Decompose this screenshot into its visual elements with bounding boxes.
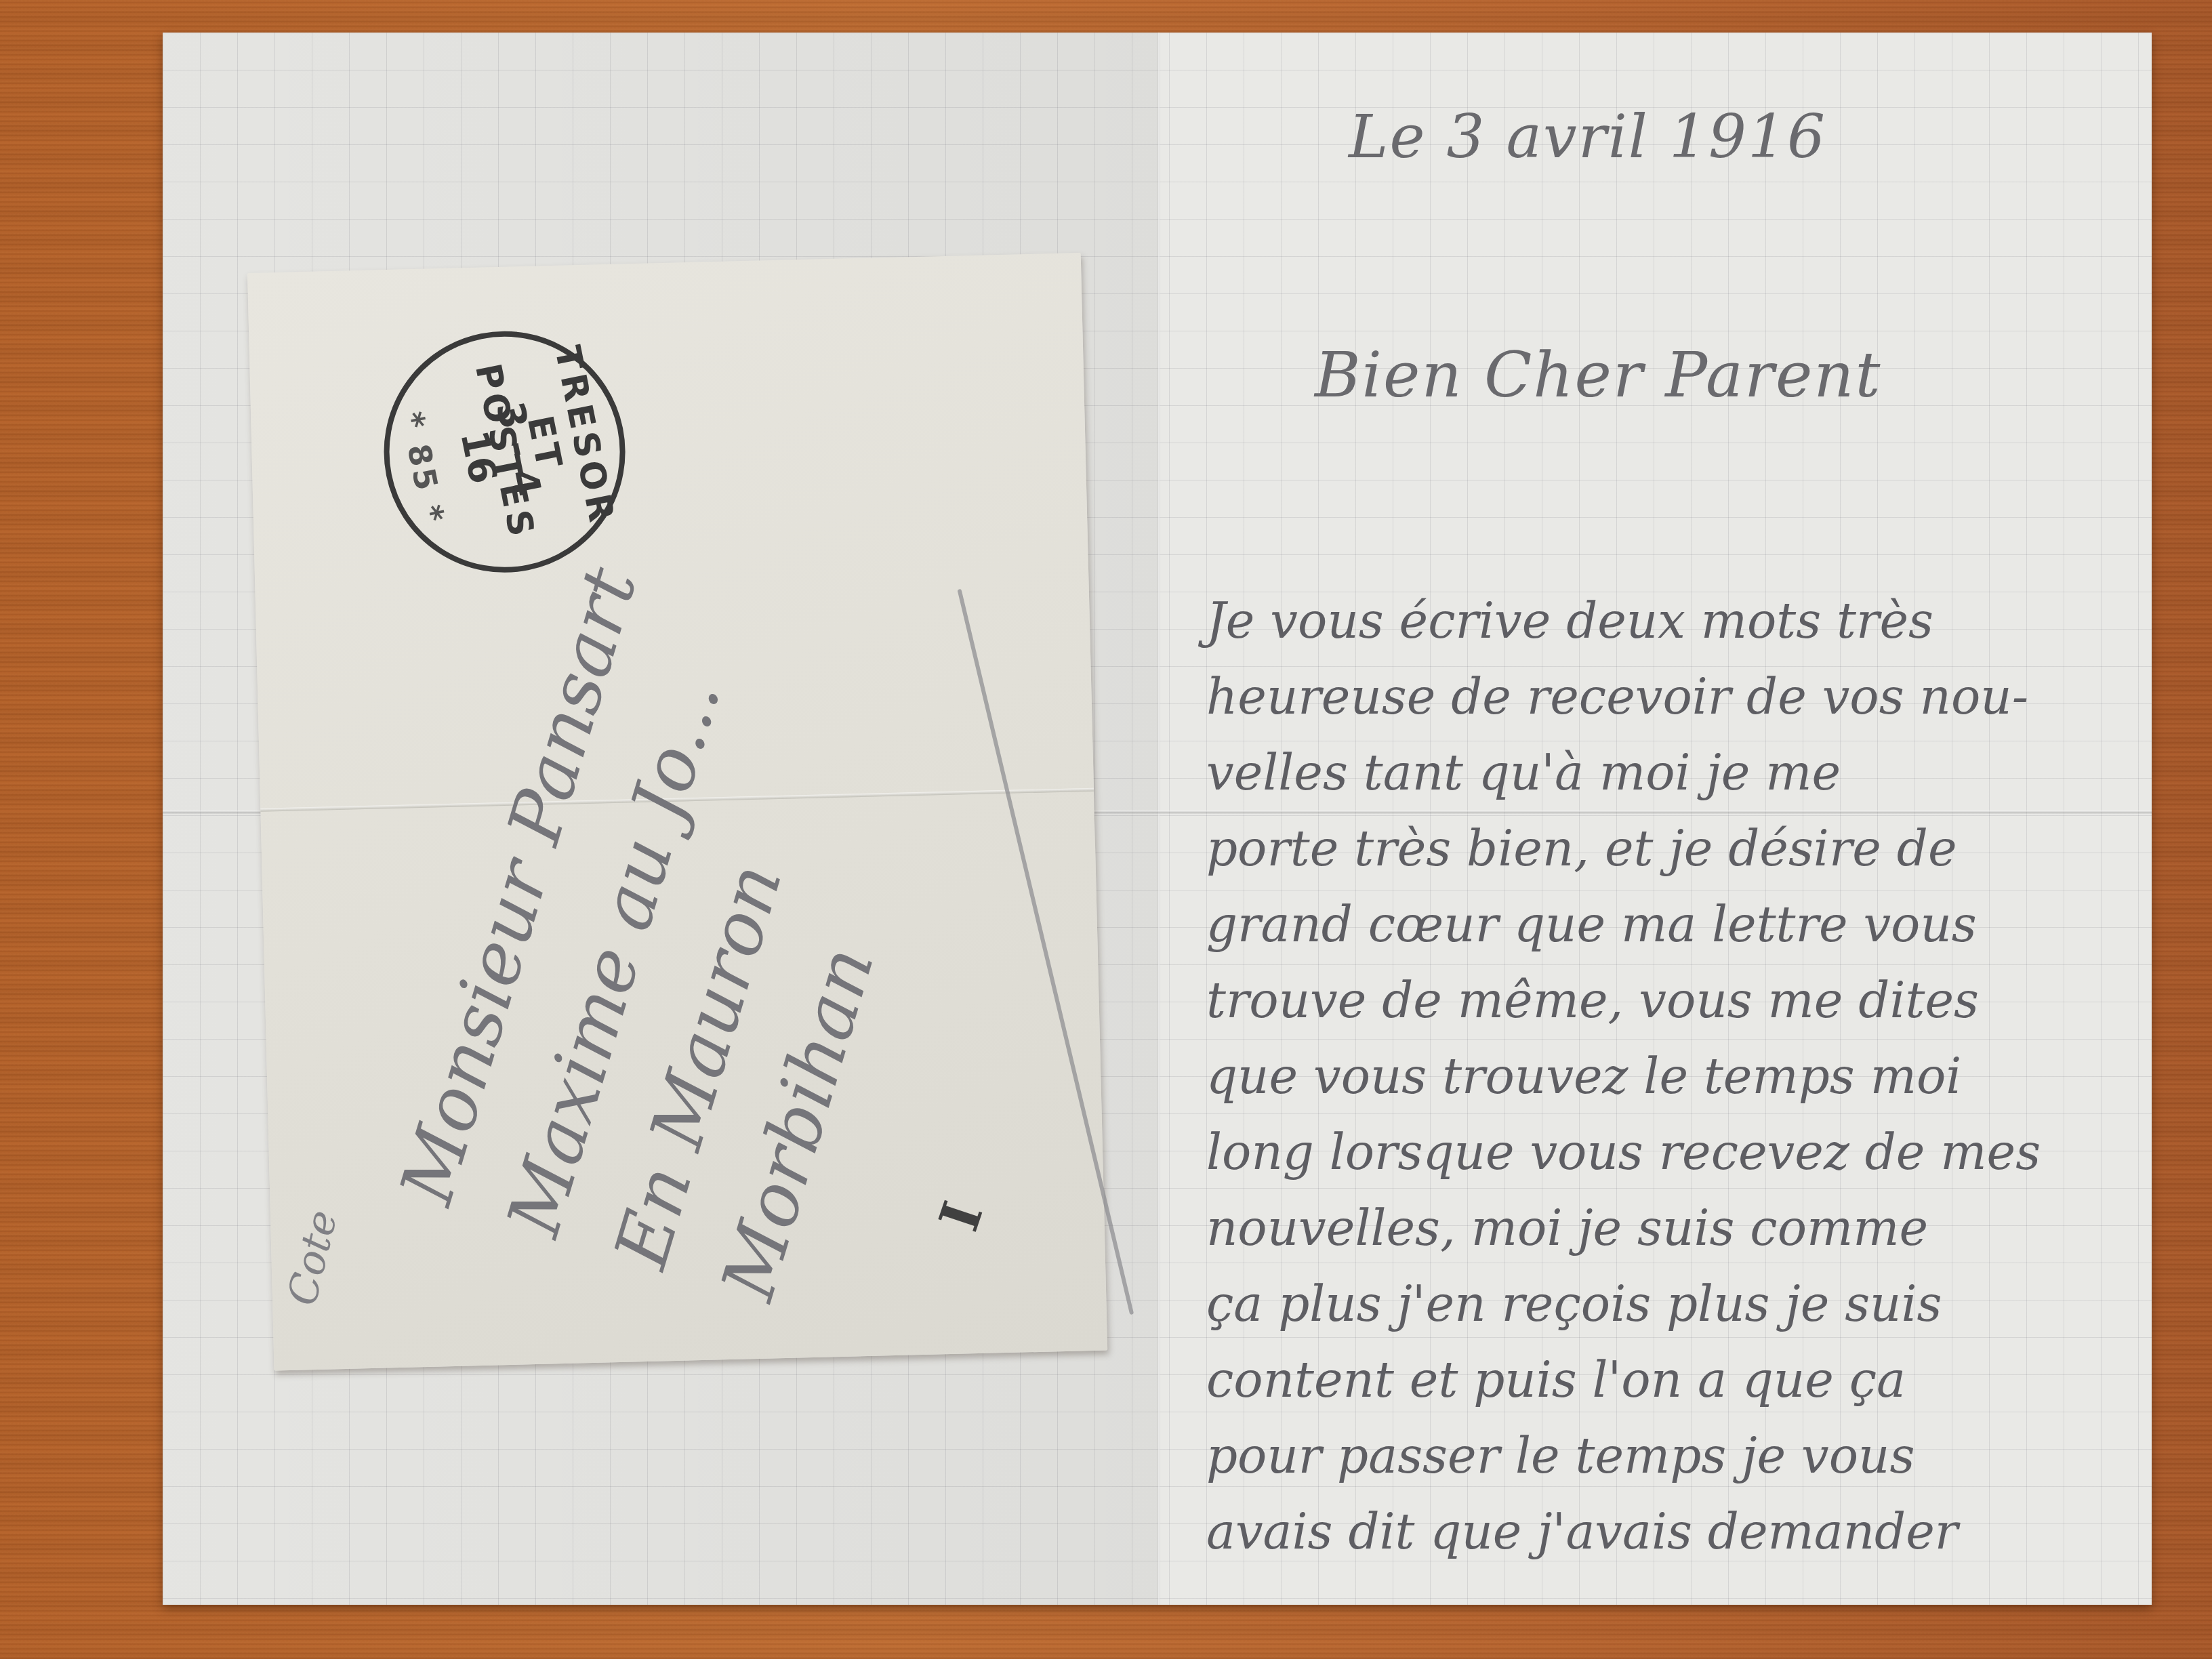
body-line: pour passer le temps je vous <box>1206 1418 2041 1494</box>
body-line: trouve de même, vous me dites <box>1206 962 2041 1038</box>
vertical-fold <box>1158 33 1160 1605</box>
body-line: ça plus j'en reçois plus je suis <box>1206 1266 2041 1342</box>
envelope-margin-mark: I <box>927 1194 996 1238</box>
body-line: nouvelles, moi je suis comme <box>1206 1190 2041 1266</box>
envelope-address: Monsieur Pansart Maxime au Jo... En Maur… <box>371 554 988 1313</box>
envelope-corner-note: Cote <box>279 1206 347 1310</box>
body-line: grand cœur que ma lettre vous <box>1206 886 2041 962</box>
body-line: long lorsque vous recevez de mes <box>1206 1114 2041 1190</box>
body-line: que vous trouvez le temps moi <box>1206 1038 2041 1114</box>
postmark-stamp: TRESOR ET POSTES 3 - 4 16 * 85 * <box>363 310 647 594</box>
letter-body: Je vous écrive deux mots très heureuse d… <box>1206 583 2041 1570</box>
letter-salutation: Bien Cher Parent <box>1315 339 1882 411</box>
letter-date: Le 3 avril 1916 <box>1349 102 1826 171</box>
body-line: velles tant qu'à moi je me <box>1206 735 2041 811</box>
body-line: Je vous écrive deux mots très <box>1206 583 2041 659</box>
body-line: heureuse de recevoir de vos nou- <box>1206 659 2041 735</box>
body-line: content et puis l'on a que ça <box>1206 1342 2041 1418</box>
body-line: avais dit que j'avais demander <box>1206 1494 2041 1570</box>
envelope: TRESOR ET POSTES 3 - 4 16 * 85 * Monsieu… <box>247 253 1107 1371</box>
body-line: porte très bien, et je désire de <box>1206 811 2041 886</box>
